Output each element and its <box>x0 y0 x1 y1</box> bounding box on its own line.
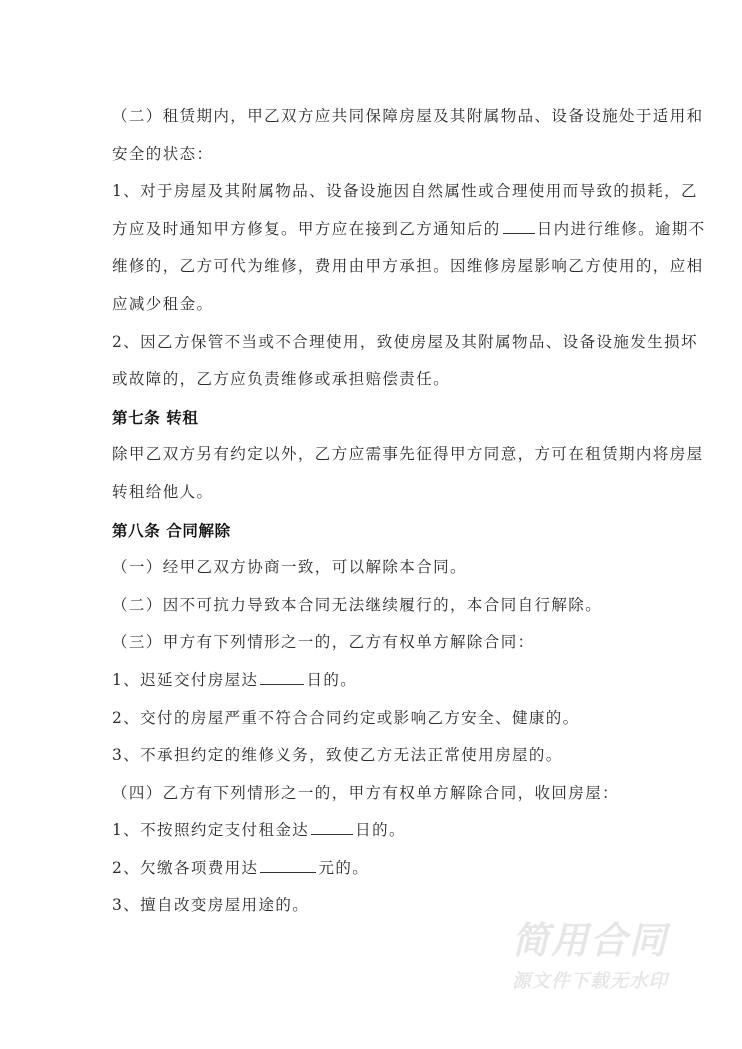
watermark: 简用合同 源文件下载无水印 <box>512 918 712 996</box>
text-segment: 日的。 <box>355 821 406 839</box>
clause-6-2-item-1-line-1: 1、对于房屋及其附属物品、设备设施因自然属性或合理使用而导致的损耗，乙 <box>112 173 642 211</box>
text-segment: 1、不按照约定支付租金达 <box>112 821 309 839</box>
article-8-clause-3-item-1: 1、迟延交付房屋达日的。 <box>112 662 642 700</box>
article-8-clause-3-item-3: 3、不承担约定的维修义务，致使乙方无法正常使用房屋的。 <box>112 737 642 775</box>
clause-6-2-intro-line-1: （二）租赁期内，甲乙双方应共同保障房屋及其附属物品、设备设施处于适用和 <box>112 98 642 136</box>
article-8-heading: 第八条 合同解除 <box>112 512 642 550</box>
unpaid-fees-amount-blank <box>260 854 316 873</box>
article-7-line-1: 除甲乙双方另有约定以外，乙方应需事先征得甲方同意，方可在租赁期内将房屋 <box>112 436 642 474</box>
text-segment: 方应及时通知甲方修复。甲方应在接到乙方通知后的 <box>112 220 501 238</box>
clause-6-2-item-1-line-2: 方应及时通知甲方修复。甲方应在接到乙方通知后的日内进行维修。逾期不 <box>112 211 642 249</box>
contract-page: （二）租赁期内，甲乙双方应共同保障房屋及其附属物品、设备设施处于适用和 安全的状… <box>112 98 642 925</box>
article-8-clause-3-item-2: 2、交付的房屋严重不符合合同约定或影响乙方安全、健康的。 <box>112 700 642 738</box>
clause-6-2-item-2-line-1: 2、因乙方保管不当或不合理使用，致使房屋及其附属物品、设备设施发生损坏 <box>112 324 642 362</box>
text-segment: 元的。 <box>318 859 369 877</box>
clause-6-2-item-2-line-2: 或故障的，乙方应负责维修或承担赔偿责任。 <box>112 361 642 399</box>
article-7-heading: 第七条 转租 <box>112 399 642 437</box>
delivery-delay-days-blank <box>260 666 304 685</box>
article-8-clause-2: （二）因不可抗力导致本合同无法继续履行的，本合同自行解除。 <box>112 587 642 625</box>
article-8-clause-4-item-3: 3、擅自改变房屋用途的。 <box>112 887 642 925</box>
text-segment: 日内进行维修。逾期不 <box>537 220 706 238</box>
article-8-clause-3: （三）甲方有下列情形之一的，乙方有权单方解除合同： <box>112 624 642 662</box>
text-segment: 日的。 <box>306 671 357 689</box>
clause-6-2-intro-line-2: 安全的状态： <box>112 136 642 174</box>
watermark-tagline: 源文件下载无水印 <box>512 968 712 996</box>
article-8-clause-4: （四）乙方有下列情形之一的，甲方有权单方解除合同，收回房屋： <box>112 775 642 813</box>
article-8-clause-1: （一）经甲乙双方协商一致，可以解除本合同。 <box>112 549 642 587</box>
article-8-clause-4-item-2: 2、欠缴各项费用达元的。 <box>112 850 642 888</box>
rent-overdue-days-blank <box>311 816 353 835</box>
article-8-clause-4-item-1: 1、不按照约定支付租金达日的。 <box>112 812 642 850</box>
clause-6-2-item-1-line-3: 维修的，乙方可代为维修，费用由甲方承担。因维修房屋影响乙方使用的，应相 <box>112 248 642 286</box>
text-segment: 2、欠缴各项费用达 <box>112 859 258 877</box>
repair-days-blank <box>503 215 535 234</box>
article-7-line-2: 转租给他人。 <box>112 474 642 512</box>
text-segment: 1、迟延交付房屋达 <box>112 671 258 689</box>
clause-6-2-item-1-line-4: 应减少租金。 <box>112 286 642 324</box>
